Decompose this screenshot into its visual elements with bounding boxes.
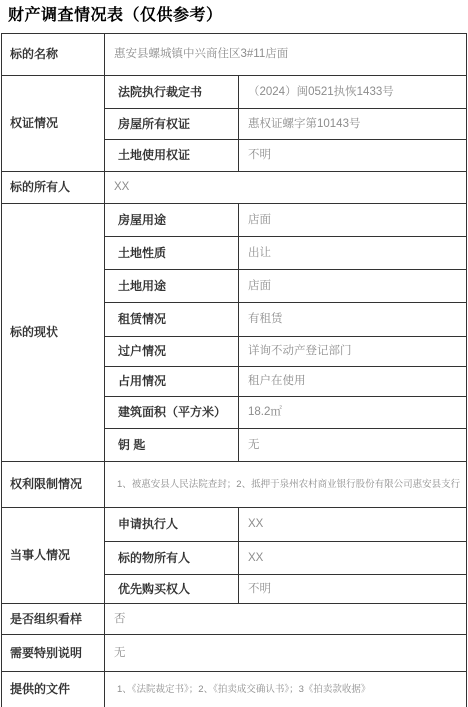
value-provided-documents: 1、《法院裁定书》；2、《拍卖成交确认书》；3《拍卖款收据》 [105, 672, 467, 707]
label-subject-name: 标的名称 [2, 34, 105, 76]
label-house-ownership-certificate: 房屋所有权证 [105, 109, 239, 140]
label-certificate-status: 权证情况 [2, 76, 105, 172]
label-applicant-executor: 申请执行人 [105, 508, 239, 542]
value-land-use-certificate: 不明 [239, 140, 467, 172]
label-keys: 钥 匙 [105, 429, 239, 462]
value-subject-property-owner: XX [239, 542, 467, 575]
label-occupancy-status: 占用情况 [105, 367, 239, 397]
value-subject-name: 惠安县螺城镇中兴商住区3#11店面 [105, 34, 467, 76]
label-subject-property-owner: 标的物所有人 [105, 542, 239, 575]
value-preemptive-buyer: 不明 [239, 575, 467, 604]
label-house-usage: 房屋用途 [105, 204, 239, 237]
table-row-subject-name: 标的名称 惠安县螺城镇中兴商住区3#11店面 [2, 34, 467, 76]
label-subject-owner: 标的所有人 [2, 172, 105, 204]
value-applicant-executor: XX [239, 508, 467, 542]
table-row-applicant-executor: 当事人情况 申请执行人 XX [2, 508, 467, 542]
table-row-court-ruling: 权证情况 法院执行裁定书 （2024）闽0521执恢1433号 [2, 76, 467, 109]
value-occupancy-status: 租户在使用 [239, 367, 467, 397]
table-row-special-notes: 需要特别说明 无 [2, 635, 467, 672]
table-row-provided-documents: 提供的文件 1、《法院裁定书》；2、《拍卖成交确认书》；3《拍卖款收据》 [2, 672, 467, 707]
label-special-notes: 需要特别说明 [2, 635, 105, 672]
value-house-ownership-certificate: 惠权证螺字第10143号 [239, 109, 467, 140]
label-land-nature: 土地性质 [105, 237, 239, 270]
page-title: 财产调查情况表（仅供参考） [8, 6, 468, 26]
value-house-usage: 店面 [239, 204, 467, 237]
value-lease-status: 有租赁 [239, 303, 467, 337]
label-land-use-certificate: 土地使用权证 [105, 140, 239, 172]
label-rights-restriction: 权利限制情况 [2, 462, 105, 508]
value-transfer-status: 详询不动产登记部门 [239, 337, 467, 367]
value-viewing-organized: 否 [105, 604, 467, 635]
label-preemptive-buyer: 优先购买权人 [105, 575, 239, 604]
label-court-ruling-number: 法院执行裁定书 [105, 76, 239, 109]
label-lease-status: 租赁情况 [105, 303, 239, 337]
label-viewing-organized: 是否组织看样 [2, 604, 105, 635]
table-row-rights-restriction: 权利限制情况 1、被惠安县人民法院查封；2、抵押于泉州农村商业银行股份有限公司惠… [2, 462, 467, 508]
value-building-area: 18.2㎡ [239, 397, 467, 429]
value-rights-restriction: 1、被惠安县人民法院查封；2、抵押于泉州农村商业银行股份有限公司惠安县支行 [105, 462, 467, 508]
property-investigation-page: 财产调查情况表（仅供参考） 标的名称 惠安县螺城镇中兴商住区3#11店面 权证情… [0, 6, 468, 707]
label-transfer-status: 过户情况 [105, 337, 239, 367]
property-investigation-table: 标的名称 惠安县螺城镇中兴商住区3#11店面 权证情况 法院执行裁定书 （202… [1, 33, 467, 707]
label-land-usage: 土地用途 [105, 270, 239, 303]
value-land-usage: 店面 [239, 270, 467, 303]
table-row-viewing-organized: 是否组织看样 否 [2, 604, 467, 635]
label-provided-documents: 提供的文件 [2, 672, 105, 707]
value-special-notes: 无 [105, 635, 467, 672]
label-subject-current-status: 标的现状 [2, 204, 105, 462]
value-land-nature: 出让 [239, 237, 467, 270]
value-court-ruling-number: （2024）闽0521执恢1433号 [239, 76, 467, 109]
table-row-house-usage: 标的现状 房屋用途 店面 [2, 204, 467, 237]
table-row-subject-owner: 标的所有人 XX [2, 172, 467, 204]
value-subject-owner: XX [105, 172, 467, 204]
value-keys: 无 [239, 429, 467, 462]
label-building-area: 建筑面积（平方米） [105, 397, 239, 429]
label-parties-info: 当事人情况 [2, 508, 105, 604]
